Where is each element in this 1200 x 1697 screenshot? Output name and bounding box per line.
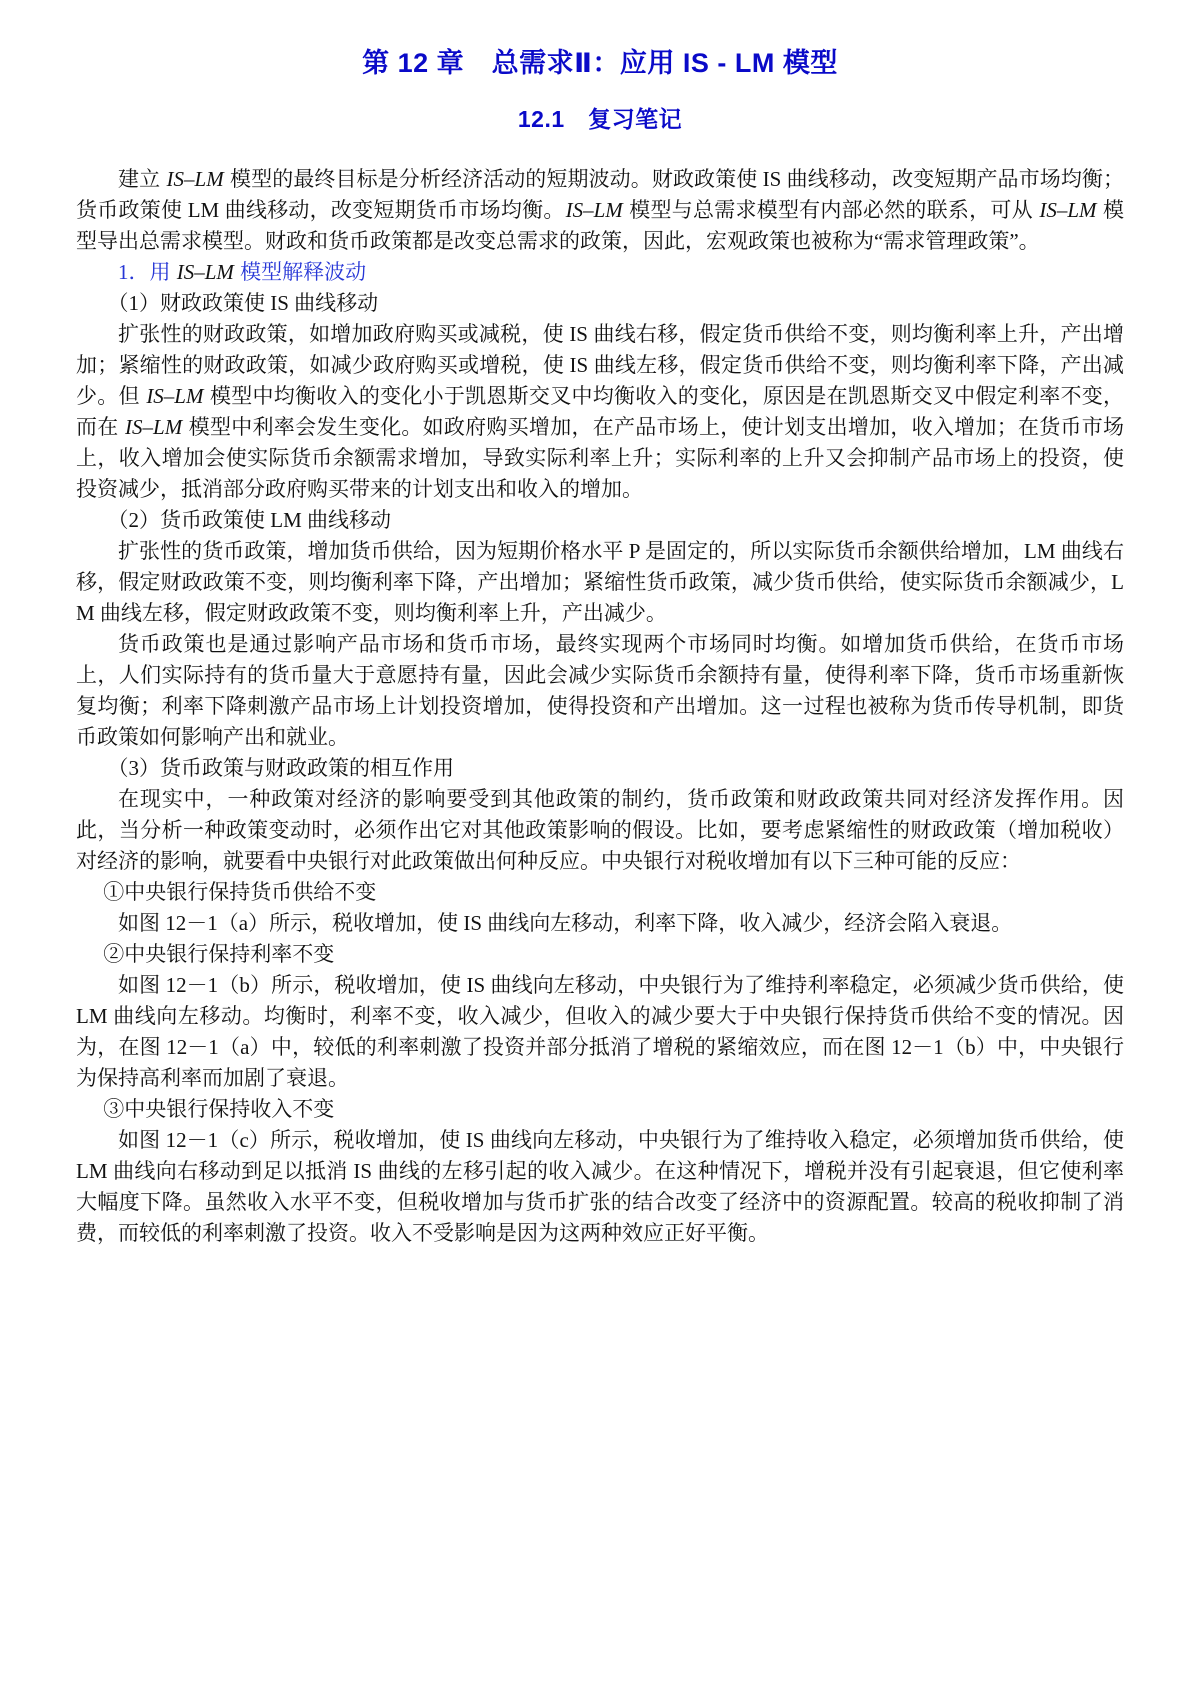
is-lm-model-term: IS–LM (176, 260, 235, 284)
is-lm-model-term: IS–LM (565, 198, 624, 222)
body-paragraph: 扩张性的财政政策，如增加政府购买或减税，使 IS 曲线右移，假定货币供给不变，则… (76, 319, 1124, 505)
circled-item: ③中央银行保持收入不变 (76, 1094, 1124, 1125)
body-paragraph: 如图 12－1（b）所示，税收增加，使 IS 曲线向左移动，中央银行为了维持利率… (76, 970, 1124, 1094)
body-paragraph: 货币政策也是通过影响产品市场和货币市场，最终实现两个市场同时均衡。如增加货币供给… (76, 629, 1124, 753)
is-lm-model-term: IS–LM (166, 167, 225, 191)
numbered-heading: 1．用 IS–LM 模型解释波动 (76, 257, 1124, 288)
is-lm-model-term: IS–LM (124, 415, 183, 439)
body-paragraph: 如图 12－1（a）所示，税收增加，使 IS 曲线向左移动，利率下降，收入减少，… (76, 908, 1124, 939)
chapter-title: 第 12 章 总需求Ⅱ：应用 IS - LM 模型 (76, 46, 1124, 80)
body-paragraph: 如图 12－1（c）所示，税收增加，使 IS 曲线向左移动，中央银行为了维持收入… (76, 1125, 1124, 1249)
sub-heading: （1）财政政策使 IS 曲线移动 (76, 288, 1124, 319)
circled-item: ①中央银行保持货币供给不变 (76, 877, 1124, 908)
is-lm-model-term: IS–LM (145, 384, 204, 408)
document-page: 第 12 章 总需求Ⅱ：应用 IS - LM 模型 12.1 复习笔记 建立 I… (0, 0, 1200, 1697)
document-body: 建立 IS–LM 模型的最终目标是分析经济活动的短期波动。财政政策使 IS 曲线… (76, 164, 1124, 1249)
sub-heading: （3）货币政策与财政政策的相互作用 (76, 753, 1124, 784)
circled-item: ②中央银行保持利率不变 (76, 939, 1124, 970)
body-paragraph: 扩张性的货币政策，增加货币供给，因为短期价格水平 P 是固定的，所以实际货币余额… (76, 536, 1124, 629)
body-paragraph: 在现实中，一种政策对经济的影响要受到其他政策的制约，货币政策和财政政策共同对经济… (76, 784, 1124, 877)
is-lm-model-term: IS–LM (1038, 198, 1097, 222)
sub-heading: （2）货币政策使 LM 曲线移动 (76, 505, 1124, 536)
body-paragraph: 建立 IS–LM 模型的最终目标是分析经济活动的短期波动。财政政策使 IS 曲线… (76, 164, 1124, 257)
section-title: 12.1 复习笔记 (76, 104, 1124, 134)
